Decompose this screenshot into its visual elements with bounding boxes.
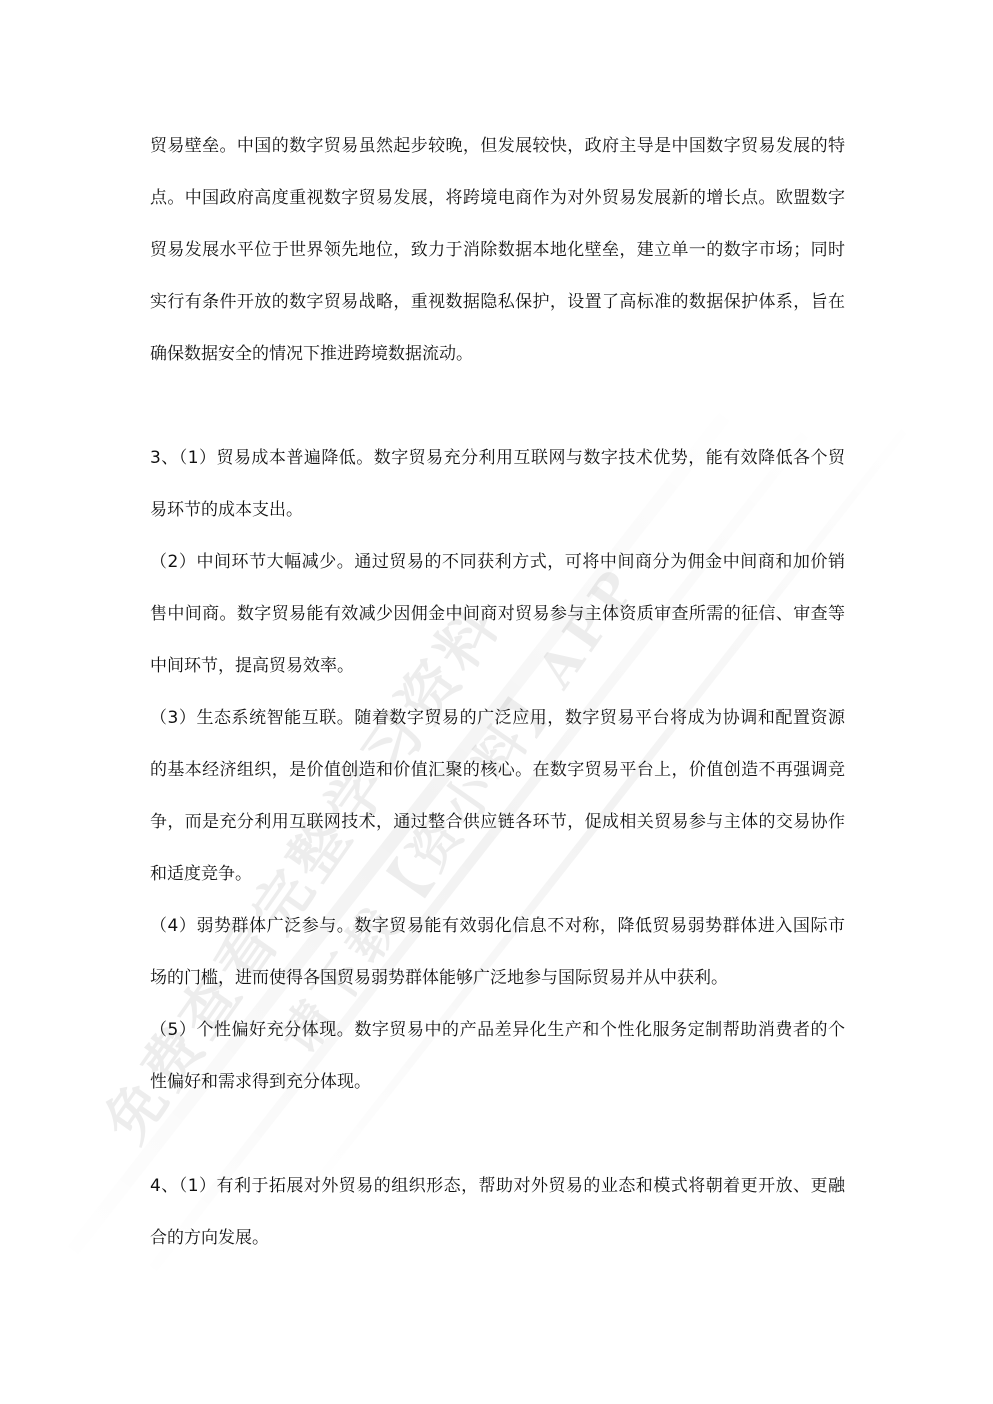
watermark-streak xyxy=(54,396,742,1271)
text-line: 贸易壁垒。中国的数字贸易虽然起步较晚，但发展较快，政府主导是中国数字贸易发展的特 xyxy=(150,135,845,157)
answer-3-1-line: 易环节的成本支出。 xyxy=(150,499,845,521)
answer-3-3-line: 的基本经济组织，是价值创造和价值汇聚的核心。在数字贸易平台上，价值创造不再强调竞 xyxy=(150,759,845,781)
answer-3-5-line: 性偏好和需求得到充分体现。 xyxy=(150,1071,845,1093)
answer-3-3-line: 和适度竞争。 xyxy=(150,863,845,885)
text-line: 贸易发展水平位于世界领先地位，致力于消除数据本地化壁垒，建立单一的数字市场；同时 xyxy=(150,239,845,261)
answer-3-2-line: （2）中间环节大幅减少。通过贸易的不同获利方式，可将中间商分为佣金中间商和加价销 xyxy=(150,551,845,573)
watermark-streak xyxy=(136,415,821,1288)
answer-4-1-line: 4、（1）有利于拓展对外贸易的组织形态，帮助对外贸易的业态和模式将朝着更开放、更… xyxy=(150,1175,845,1197)
text-line: 确保数据安全的情况下推进跨境数据流动。 xyxy=(150,343,845,365)
answer-3-2-line: 中间环节，提高贸易效率。 xyxy=(150,655,845,677)
answer-3-1-line: 3、（1）贸易成本普遍降低。数字贸易充分利用互联网与数字技术优势，能有效降低各个… xyxy=(150,447,845,469)
answer-4-1-line: 合的方向发展。 xyxy=(150,1227,845,1249)
answer-3-5-line: （5）个性偏好充分体现。数字贸易中的产品差异化生产和个性化服务定制帮助消费者的个 xyxy=(150,1019,845,1041)
text-line: 实行有条件开放的数字贸易战略，重视数据隐私保护，设置了高标准的数据保护体系，旨在 xyxy=(150,291,845,313)
answer-3-3-line: 争，而是充分利用互联网技术，通过整合供应链各环节，促成相关贸易参与主体的交易协作 xyxy=(150,811,845,833)
answer-3-4-line: 场的门槛，进而使得各国贸易弱势群体能够广泛地参与国际贸易并从中获利。 xyxy=(150,967,845,989)
answer-3-4-line: （4）弱势群体广泛参与。数字贸易能有效弱化信息不对称，降低贸易弱势群体进入国际市 xyxy=(150,915,845,937)
answer-3-3-line: （3）生态系统智能互联。随着数字贸易的广泛应用，数字贸易平台将成为协调和配置资源 xyxy=(150,707,845,729)
text-line: 点。中国政府高度重视数字贸易发展，将跨境电商作为对外贸易发展新的增长点。欧盟数字 xyxy=(150,187,845,209)
document-page: 免费查看完整学习资料 请下载【资小料】APP 贸易壁垒。中国的数字贸易虽然起步较… xyxy=(0,0,993,1404)
answer-3-2-line: 售中间商。数字贸易能有效减少因佣金中间商对贸易参与主体资质审查所需的征信、审查等 xyxy=(150,603,845,625)
watermark-text-line2: 请下载【资小料】APP xyxy=(261,550,653,1066)
